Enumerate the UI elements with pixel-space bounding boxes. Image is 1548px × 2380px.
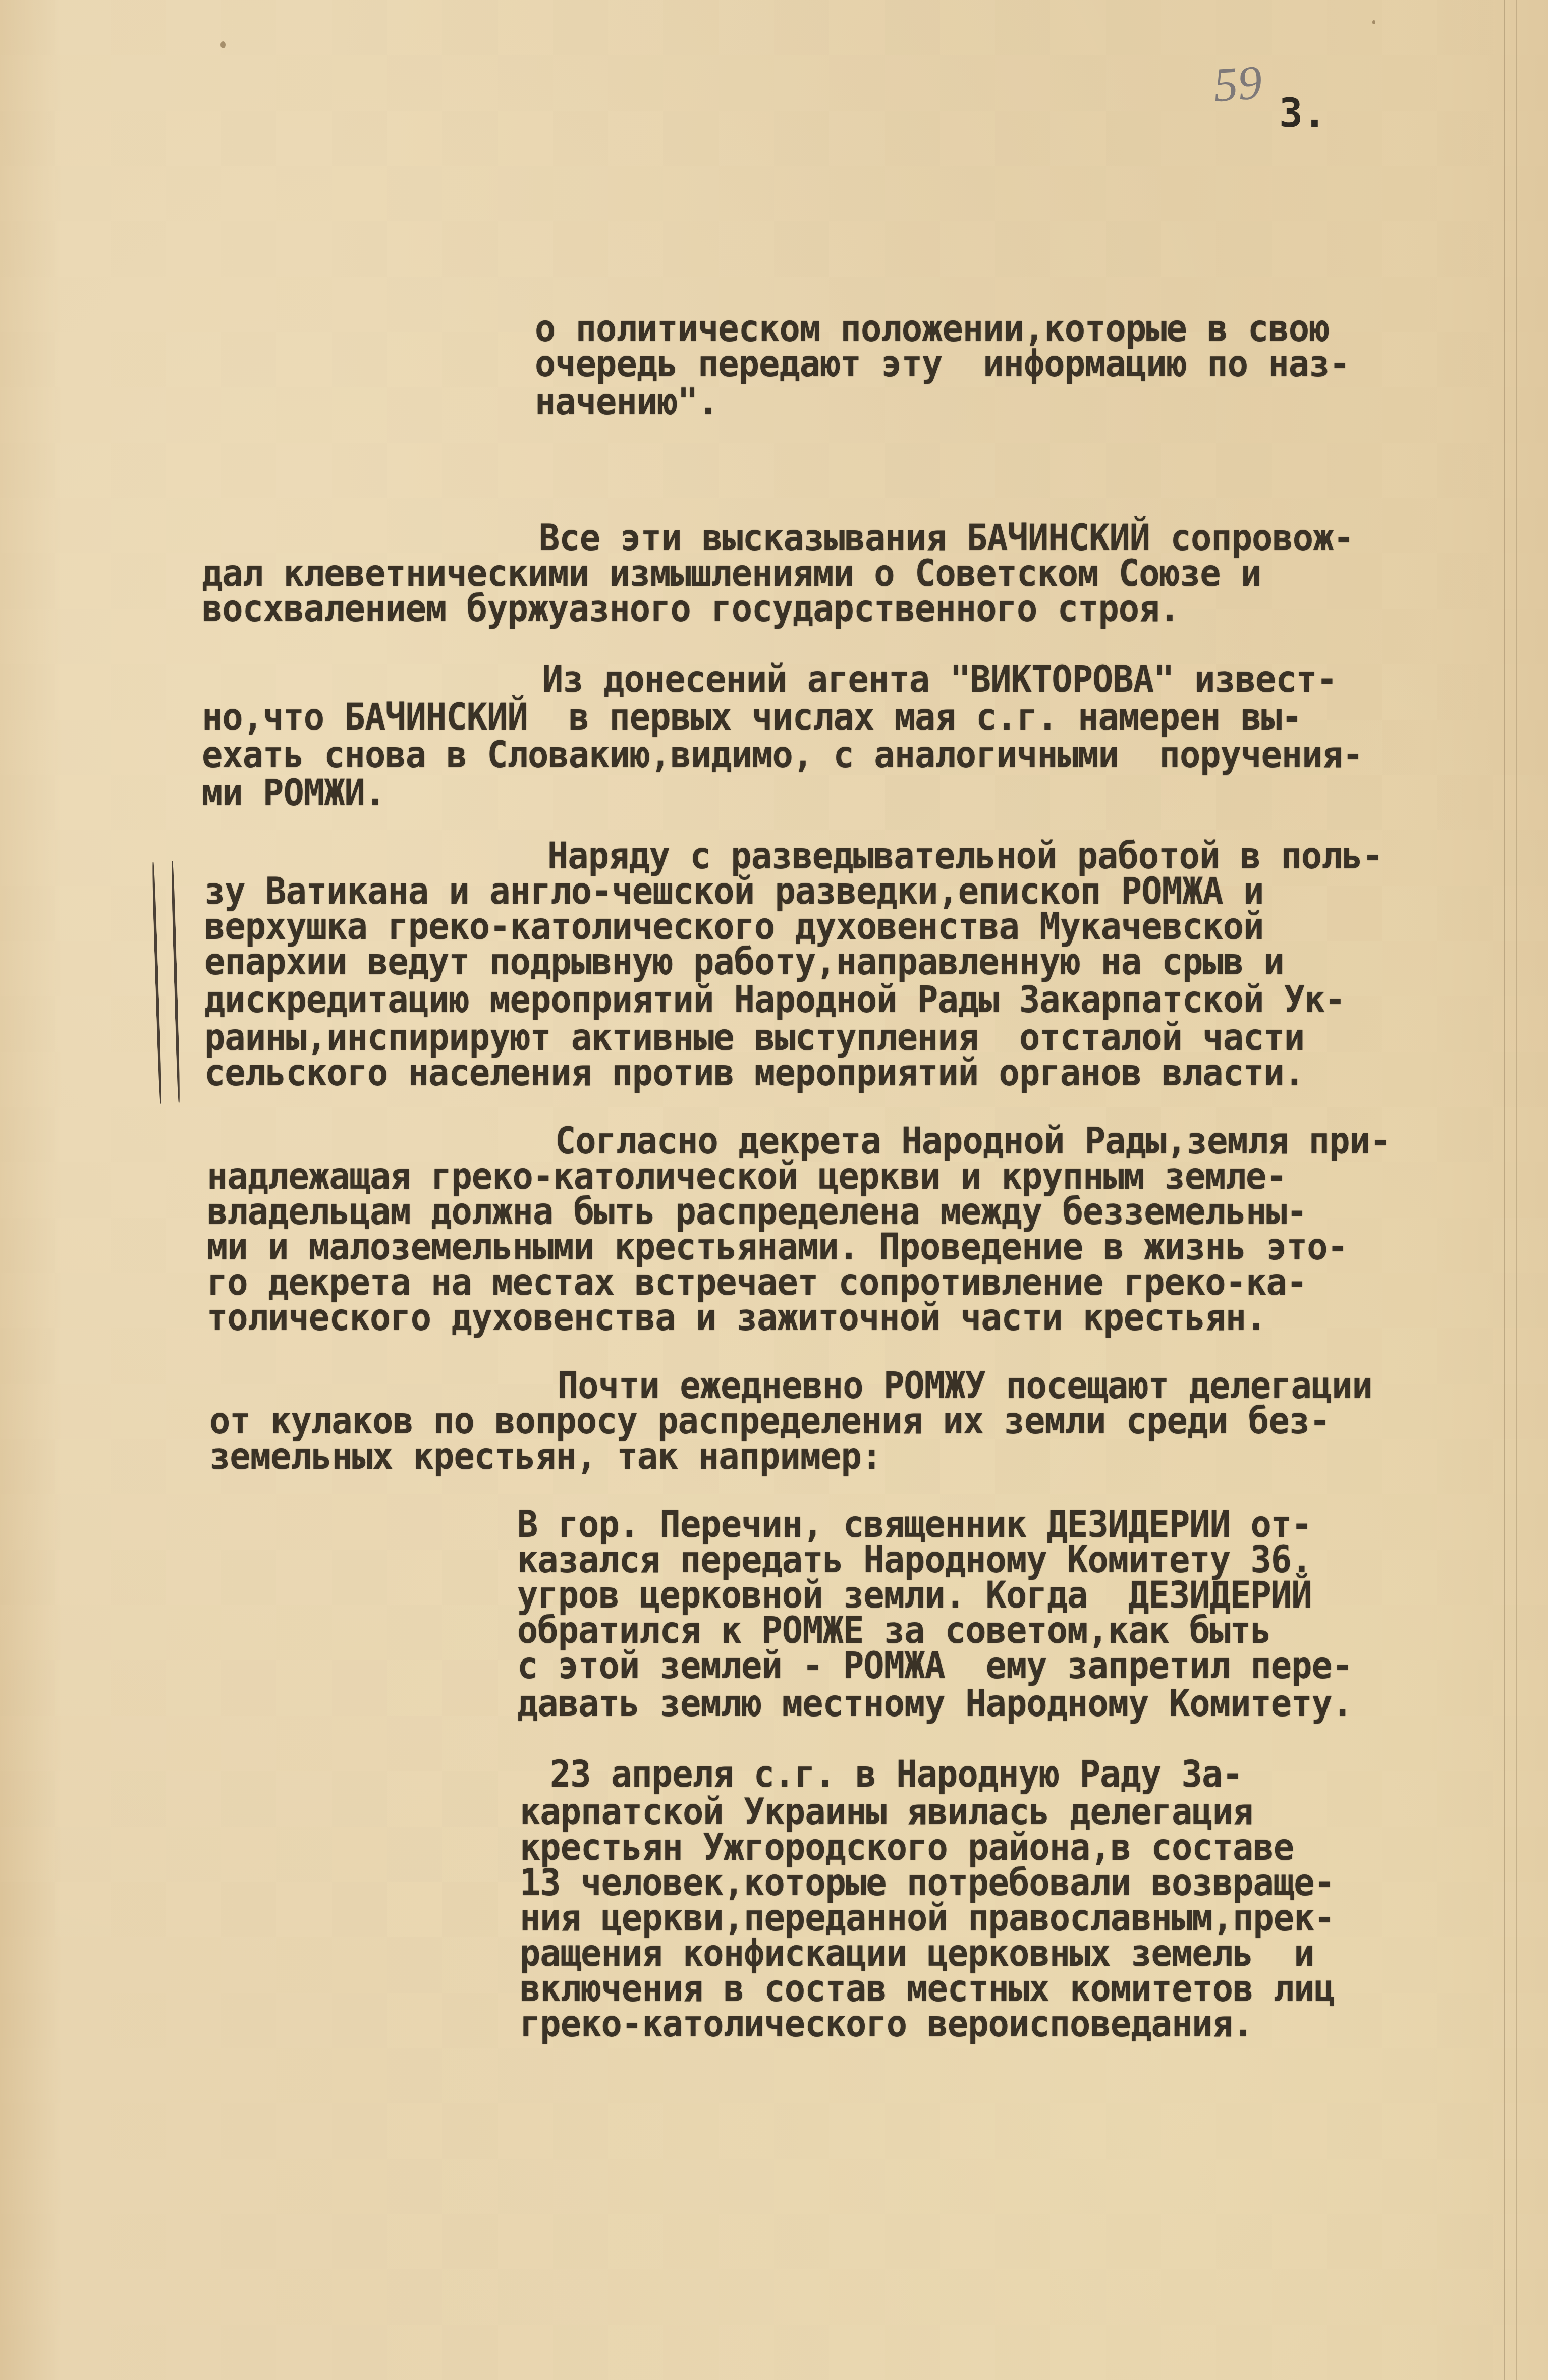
document-page: 59 3. о политическом положении,которые в…	[0, 0, 1548, 2380]
text-line: от кулаков по вопросу распределения их з…	[209, 1403, 1330, 1440]
text-line: обратился к РОМЖЕ за советом,как быть	[517, 1612, 1271, 1649]
text-line: Почти ежедневно РОМЖУ посещают делегации	[558, 1367, 1372, 1404]
archival-folio-number: 59	[1211, 54, 1264, 113]
text-line: очередь передают эту информацию по наз-	[535, 346, 1350, 382]
margin-emphasis-line	[151, 862, 162, 1104]
text-line: греко-католического вероисповедания.	[520, 2006, 1253, 2042]
text-line: ми РОМЖИ.	[202, 774, 385, 811]
text-line: восхвалением буржуазного государственног…	[202, 590, 1180, 627]
paper-speck	[220, 41, 226, 48]
text-line: угров церковной земли. Когда ДЕЗИДЕРИЙ	[517, 1577, 1312, 1614]
text-line: с этой землей - РОМЖА ему запретил пере-	[517, 1647, 1352, 1684]
margin-emphasis-line	[171, 861, 180, 1103]
paper-speck	[1372, 20, 1375, 24]
text-line: дал клеветническими измышлениями о Совет…	[202, 555, 1261, 592]
text-line: дискредитацию мероприятий Народной Рады …	[204, 981, 1345, 1018]
text-line: 23 апреля с.г. в Народную Раду За-	[550, 1756, 1243, 1793]
text-line: казался передать Народному Комитету 36.	[517, 1541, 1312, 1578]
text-line: земельных крестьян, так например:	[209, 1438, 881, 1475]
text-line: карпатской Украины явилась делегация	[520, 1794, 1253, 1831]
text-line: о политическом положении,которые в свою	[535, 310, 1330, 347]
page-number: 3.	[1279, 91, 1326, 136]
text-line: раины,инспирируют активные выступления о…	[204, 1019, 1304, 1056]
text-line: начению".	[535, 383, 718, 420]
text-line: Все эти высказывания БАЧИНСКИЙ сопровож-	[539, 520, 1354, 557]
text-line: ехать снова в Словакию,видимо, с аналоги…	[202, 737, 1363, 773]
text-line: В гор. Перечин, священник ДЕЗИДЕРИИ от-	[517, 1506, 1312, 1543]
underlying-sheet-edge	[1504, 0, 1517, 2380]
text-line: 13 человек,которые потребовали возвраще-	[520, 1864, 1335, 1901]
text-line: включения в состав местных комитетов лиц	[520, 1970, 1335, 2007]
text-line: толического духовенства и зажиточной час…	[207, 1299, 1266, 1336]
text-line: давать землю местному Народному Комитету…	[517, 1685, 1352, 1722]
text-line: ния церкви,переданной православным,прек-	[520, 1900, 1335, 1936]
text-line: крестьян Ужгородского района,в составе	[520, 1829, 1294, 1866]
text-line: но,что БАЧИНСКИЙ в первых числах мая с.г…	[202, 699, 1302, 736]
text-line: Согласно декрета Народной Рады,земля при…	[555, 1123, 1390, 1159]
text-line: ращения конфискации церковных земель и	[520, 1935, 1314, 1972]
text-line: Наряду с разведывательной работой в поль…	[547, 838, 1383, 874]
text-line: сельского населения против мероприятий о…	[204, 1055, 1304, 1091]
text-line: ми и малоземельными крестьянами. Проведе…	[207, 1229, 1348, 1265]
text-line: Из донесений агента "ВИКТОРОВА" извест-	[542, 661, 1337, 698]
text-line: епархии ведут подрывную работу,направлен…	[204, 944, 1284, 980]
text-line: надлежащая греко-католической церкви и к…	[207, 1158, 1287, 1195]
text-line: владельцам должна быть распределена межд…	[207, 1193, 1307, 1230]
text-line: зу Ватикана и англо-чешской разведки,епи…	[204, 873, 1263, 910]
text-line: верхушка греко-католического духовенства…	[204, 908, 1263, 945]
text-line: го декрета на местах встречает сопротивл…	[207, 1264, 1307, 1301]
